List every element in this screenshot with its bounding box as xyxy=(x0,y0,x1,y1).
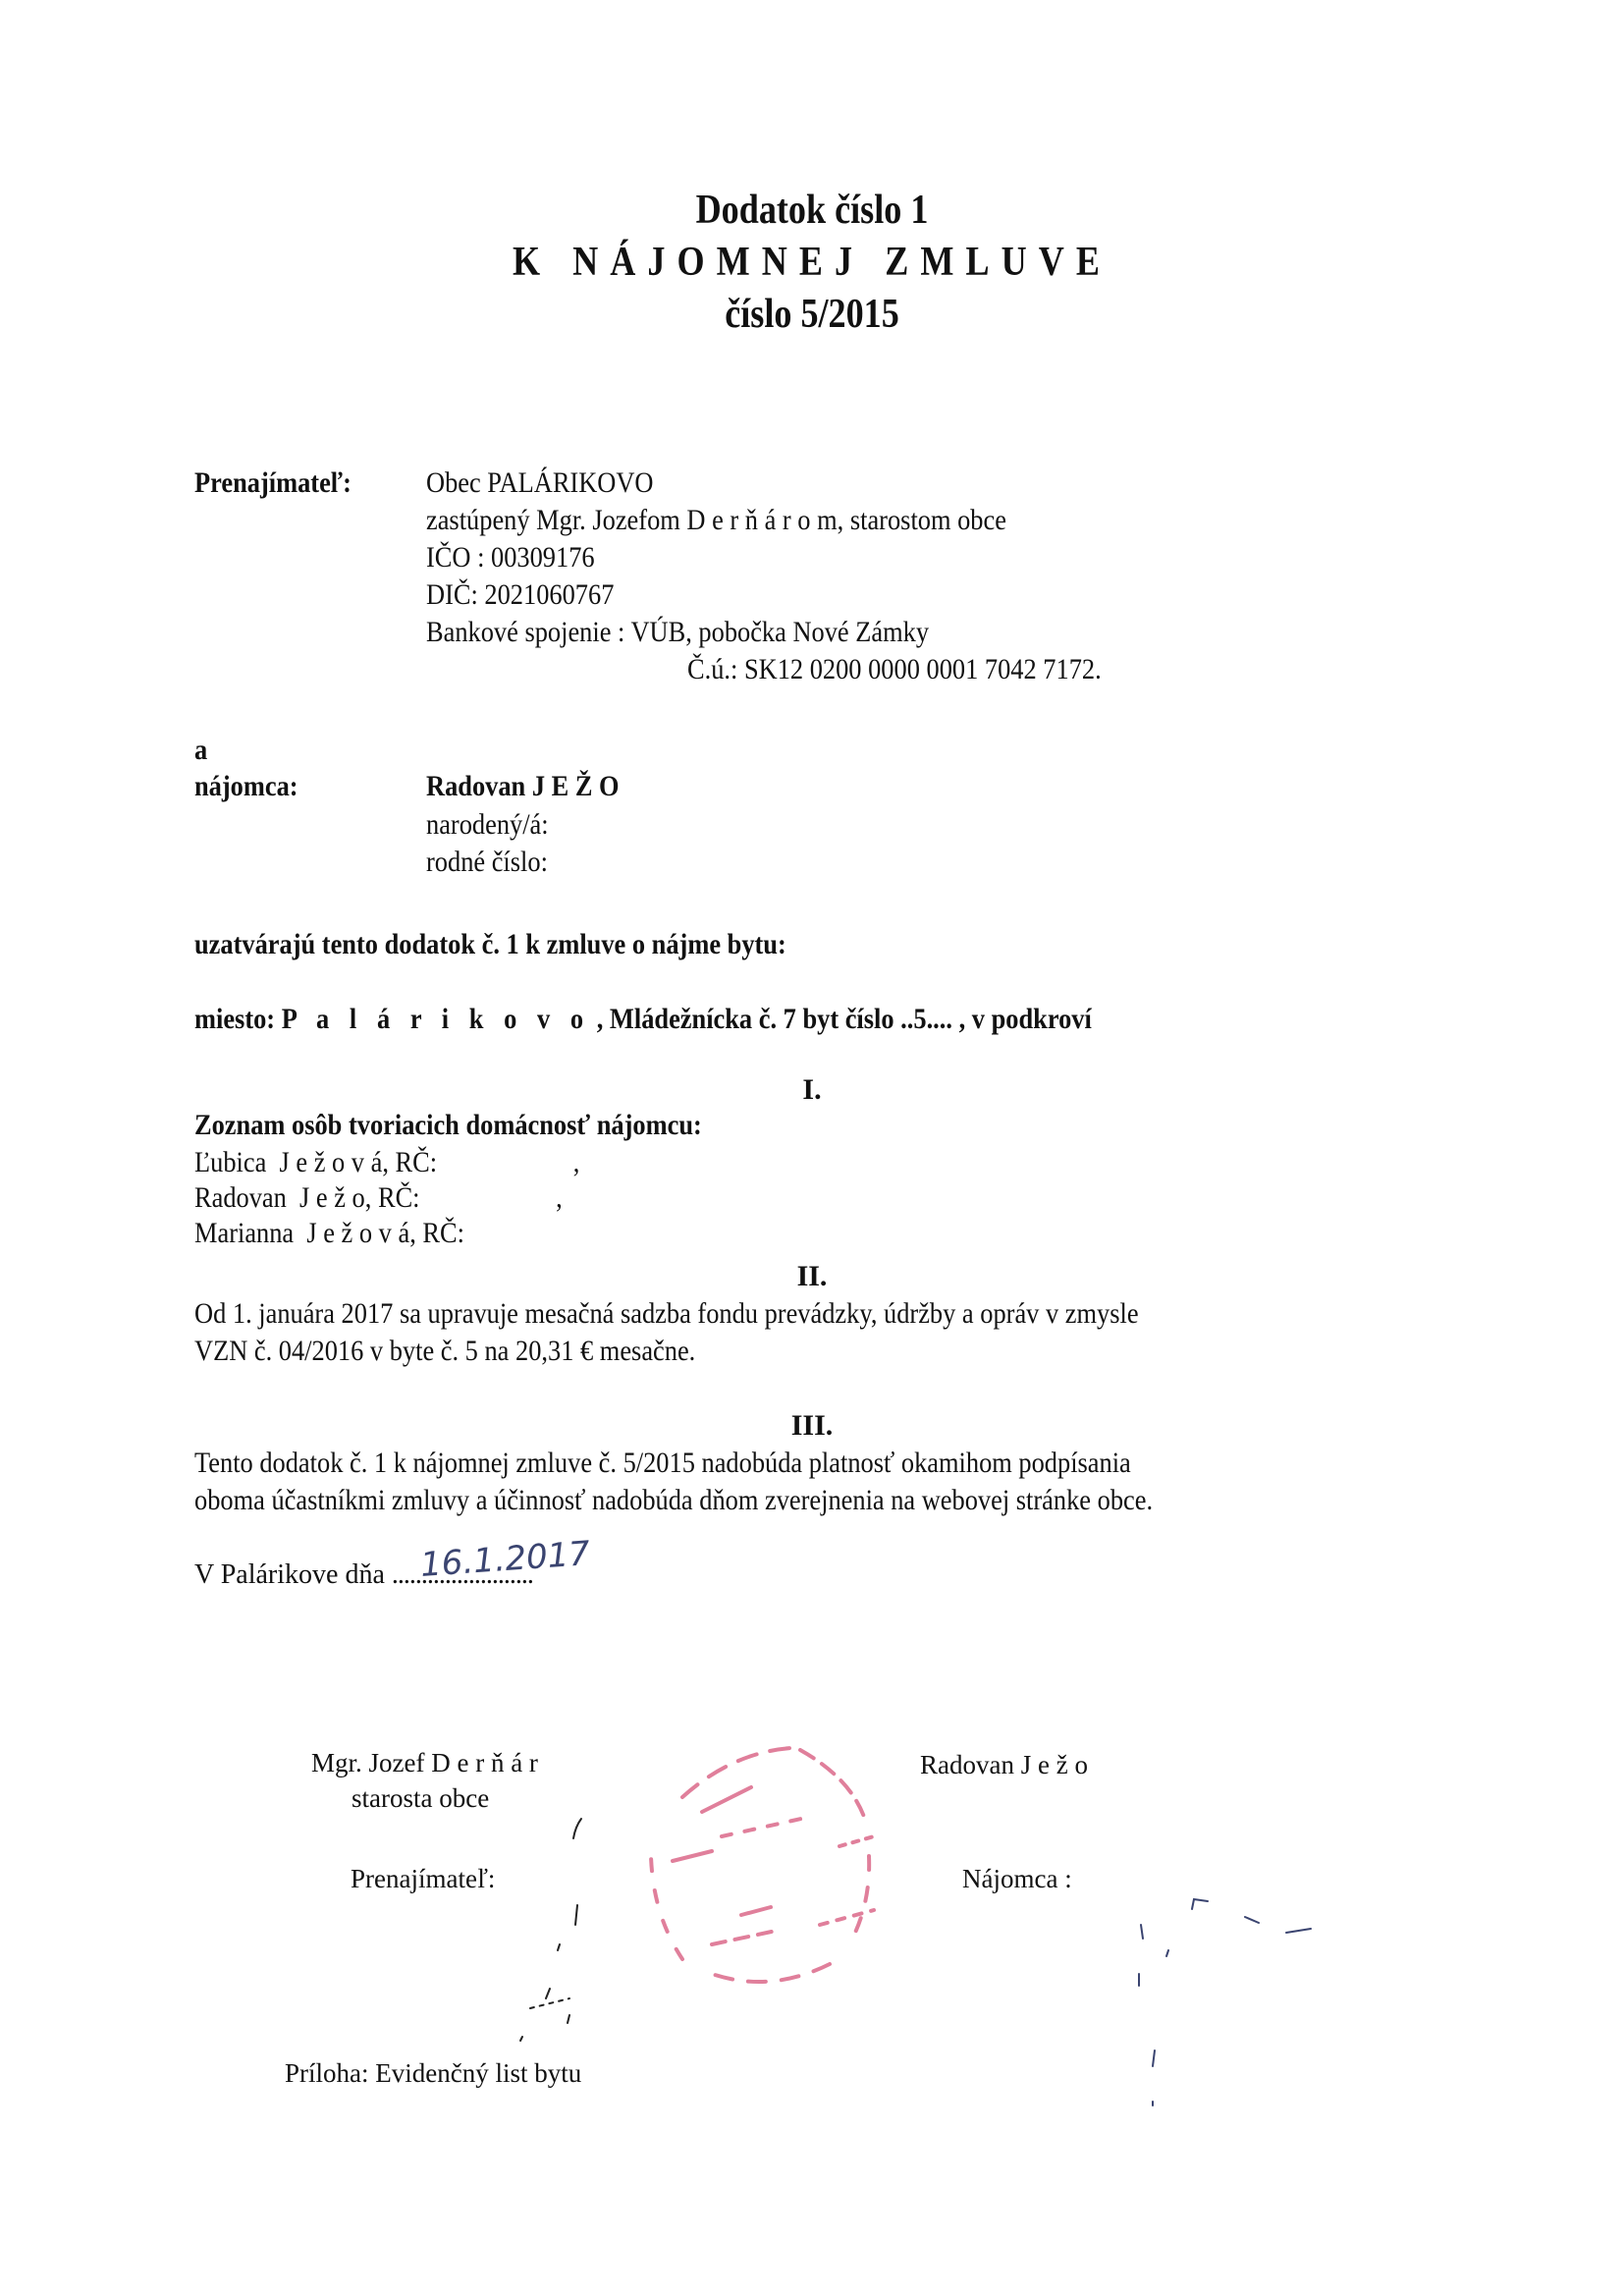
tenant-role-label: Nájomca : xyxy=(962,1864,1072,1894)
place-town: P a l á r i k o v o xyxy=(282,1003,590,1035)
place-rest: , Mládežnícka č. 7 byt číslo ..5.... , v… xyxy=(590,1003,1092,1035)
tenant-id-label: rodné číslo: xyxy=(426,845,548,880)
official-stamp-icon xyxy=(643,1738,889,1994)
tenant-name: Radovan J E Ž O xyxy=(426,769,620,804)
person-rc-label: , RČ: xyxy=(365,1181,420,1214)
tenant-signatory-name: Radovan J e ž o xyxy=(920,1750,1088,1780)
represented-prefix: zastúpený Mgr. Jozefom xyxy=(426,504,686,536)
person-rc-label: , RČ: xyxy=(409,1217,464,1249)
title-line-3: číslo 5/2015 xyxy=(114,291,1510,338)
section-3-number: III. xyxy=(0,1408,1624,1444)
title-line-2: K NÁJOMNEJ ZMLUVE xyxy=(114,239,1510,286)
person-row: Radovan J e ž o, RČ: , xyxy=(194,1180,563,1216)
conjunction: a xyxy=(194,733,207,768)
person-row: Marianna J e ž o v á, RČ: xyxy=(194,1216,601,1251)
landlord-signature-icon xyxy=(511,1797,628,2043)
section-2-line-2: VZN č. 04/2016 v byte č. 5 na 20,31 € me… xyxy=(194,1334,695,1369)
landlord-account: Č.ú.: SK12 0200 0000 0001 7042 7172. xyxy=(687,652,1102,687)
landlord-role-label: Prenajímateľ: xyxy=(351,1864,495,1894)
redacted-rc xyxy=(471,1226,601,1245)
person-first-name: Radovan xyxy=(194,1181,287,1214)
landlord-bank: Bankové spojenie : VÚB, pobočka Nové Zám… xyxy=(426,615,929,650)
landlord-signatory-title: starosta obce xyxy=(352,1783,489,1814)
landlord-ico: IČO : 00309176 xyxy=(426,540,595,575)
person-last-name: J e ž o v á xyxy=(306,1217,409,1249)
redacted-rc xyxy=(426,1190,556,1210)
person-last-name: J e ž o v á xyxy=(280,1146,383,1178)
person-first-name: Ľubica xyxy=(194,1146,266,1178)
landlord-signatory-name: Mgr. Jozef D e r ň á r xyxy=(311,1748,538,1778)
date-label: V Palárikove dňa xyxy=(194,1559,392,1590)
section-2-line-1: Od 1. januára 2017 sa upravuje mesačná s… xyxy=(194,1296,1139,1332)
person-row: Ľubica J e ž o v á, RČ: , xyxy=(194,1145,579,1180)
title-line-1: Dodatok číslo 1 xyxy=(114,187,1510,234)
person-rc-label: , RČ: xyxy=(382,1146,437,1178)
place-label: miesto: xyxy=(194,1003,275,1035)
redacted-id-number xyxy=(628,854,776,872)
tenant-label: nájomca: xyxy=(194,769,298,804)
section-3-line-1: Tento dodatok č. 1 k nájomnej zmluve č. … xyxy=(194,1446,1131,1481)
landlord-name: Obec PALÁRIKOVO xyxy=(426,465,653,501)
landlord-represented: zastúpený Mgr. Jozefom D e r ň á r o m, … xyxy=(426,503,1006,538)
redacted-rc xyxy=(444,1155,573,1175)
section-3-line-2: oboma účastníkmi zmluvy a účinnosť nadob… xyxy=(194,1483,1153,1518)
redacted-birthdate xyxy=(628,817,766,835)
landlord-dic: DIČ: 2021060767 xyxy=(426,577,614,613)
tenant-signature-icon xyxy=(1129,1895,1326,2131)
place-line: miesto: P a l á r i k o v o , Mládežníck… xyxy=(194,1002,1092,1037)
section-2-number: II. xyxy=(0,1259,1624,1294)
represented-suffix: , starostom obce xyxy=(838,504,1006,536)
attachment-note: Príloha: Evidenčný list bytu xyxy=(285,2058,581,2089)
tenant-born-label: narodený/á: xyxy=(426,807,549,843)
person-last-name: J e ž o xyxy=(299,1181,365,1214)
intro-text: uzatvárajú tento dodatok č. 1 k zmluve o… xyxy=(194,927,786,962)
person-first-name: Marianna xyxy=(194,1217,294,1249)
section-1-heading: Zoznam osôb tvoriacich domácnosť nájomcu… xyxy=(194,1108,702,1143)
handwritten-date: 16.1.2017 xyxy=(419,1534,591,1585)
represented-name: D e r ň á r o m xyxy=(686,504,837,536)
section-1-number: I. xyxy=(0,1072,1624,1108)
landlord-label: Prenajímateľ: xyxy=(194,465,352,501)
